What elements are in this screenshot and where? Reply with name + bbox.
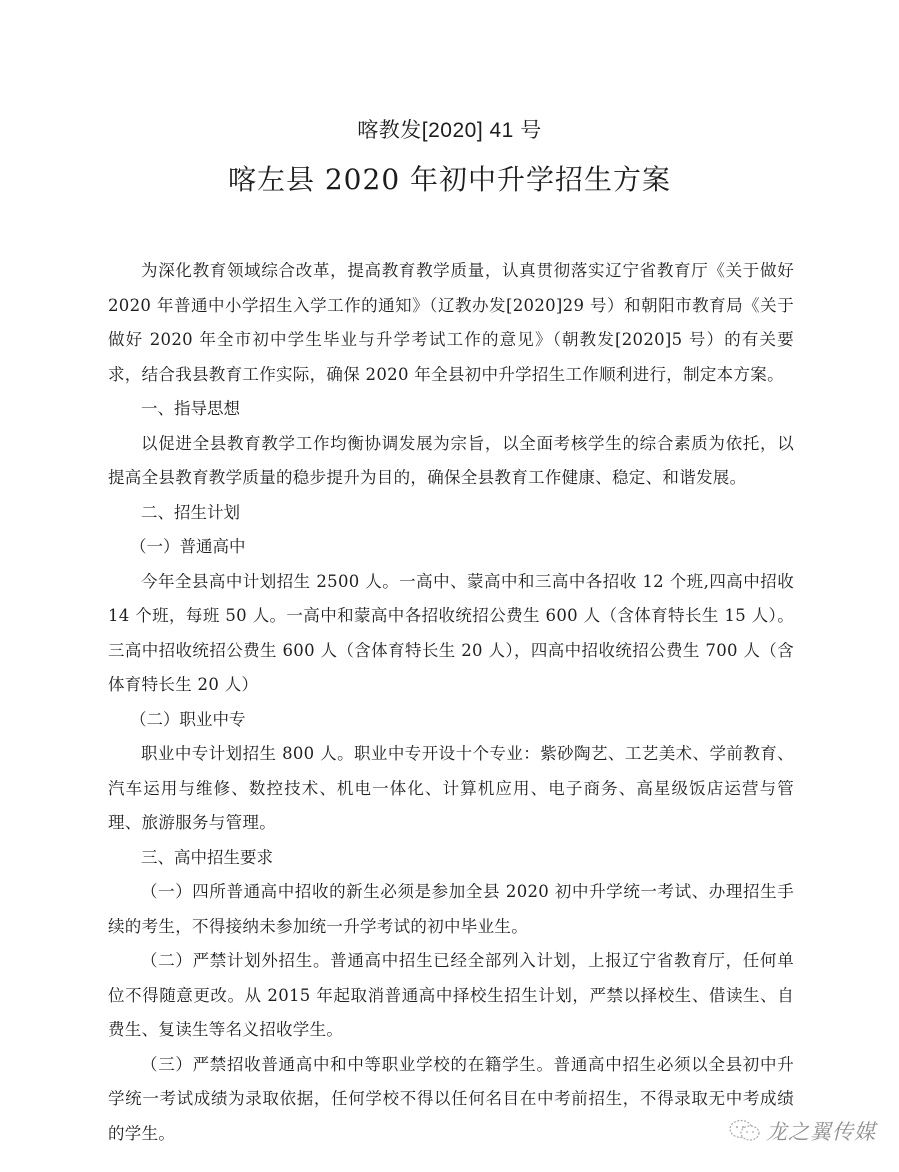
section-paragraph: 以促进全县教育教学工作均衡协调发展为宗旨，以全面考核学生的综合素质为依托，以提高… bbox=[108, 427, 794, 496]
watermark: 龙之翼传媒 bbox=[728, 1116, 876, 1146]
section-paragraph: （三）严禁招收普通高中和中等职业学校的在籍学生。普通高中招生必须以全县初中升学统… bbox=[108, 1048, 794, 1152]
wechat-icon bbox=[728, 1118, 762, 1144]
section-heading-enrollment-plan: 二、招生计划 bbox=[108, 496, 794, 531]
section-paragraph: （二）严禁计划外招生。普通高中招生已经全部列入计划，上报辽宁省教育厅，任何单位不… bbox=[108, 944, 794, 1048]
document-title: 喀左县 2020 年初中升学招生方案 bbox=[0, 158, 899, 198]
section-heading-admission-requirements: 三、高中招生要求 bbox=[108, 841, 794, 876]
subsection-paragraph: 职业中专计划招生 800 人。职业中专开设十个专业：紫砂陶艺、工艺美术、学前教育… bbox=[108, 737, 794, 841]
watermark-text: 龙之翼传媒 bbox=[766, 1116, 876, 1146]
section-heading-guiding-ideology: 一、指导思想 bbox=[108, 392, 794, 427]
document-number: 喀教发[2020] 41 号 bbox=[0, 114, 899, 144]
intro-paragraph: 为深化教育领域综合改革，提高教育教学质量，认真贯彻落实辽宁省教育厅《关于做好 2… bbox=[108, 254, 794, 392]
subsection-heading-vocational-school: （二）职业中专 bbox=[108, 703, 794, 738]
document-body: 为深化教育领域综合改革，提高教育教学质量，认真贯彻落实辽宁省教育厅《关于做好 2… bbox=[108, 254, 794, 1151]
section-paragraph: （一）四所普通高中招收的新生必须是参加全县 2020 初中升学统一考试、办理招生… bbox=[108, 875, 794, 944]
subsection-paragraph: 今年全县高中计划招生 2500 人。一高中、蒙高中和三高中各招收 12 个班,四… bbox=[108, 565, 794, 703]
subsection-heading-general-high-school: （一）普通高中 bbox=[108, 530, 794, 565]
document-page: 喀教发[2020] 41 号 喀左县 2020 年初中升学招生方案 为深化教育领… bbox=[0, 0, 899, 1172]
